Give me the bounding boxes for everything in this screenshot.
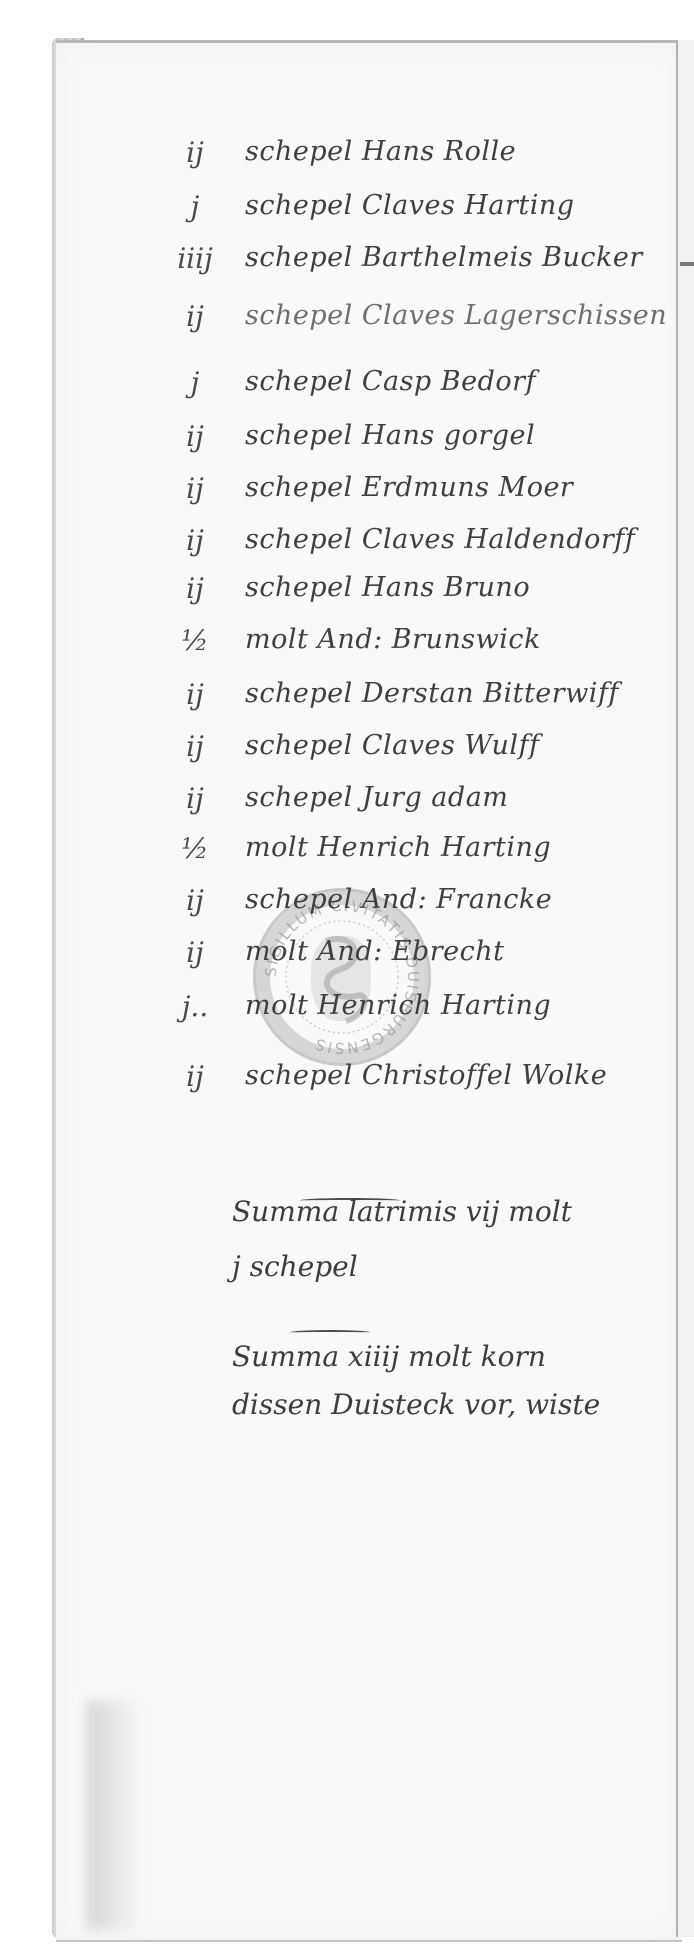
ledger-row: ½ molt And: Brunswick — [0, 624, 694, 674]
entry-text: schepel Claves Haldendorff — [245, 524, 635, 555]
entry-text: schepel Barthelmeis Bucker — [245, 242, 643, 273]
ledger-row: ij schepel Hans Bruno — [0, 572, 694, 622]
entry-count: ij — [170, 572, 220, 605]
entry-text: molt Henrich Harting — [245, 990, 551, 1021]
entry-text: schepel Casp Bedorf — [245, 366, 536, 397]
entry-text: schepel Claves Wulff — [245, 730, 540, 761]
summary-line: Summa latrimis vij molt — [232, 1195, 572, 1228]
entry-count: j — [170, 366, 220, 399]
ledger-row: j.. molt Henrich Harting — [0, 990, 694, 1040]
entry-count: ij — [170, 472, 220, 505]
ledger-row: iiij schepel Barthelmeis Bucker — [0, 242, 694, 292]
entry-text: schepel Derstan Bitterwiff — [245, 678, 619, 709]
paper-stain — [86, 1700, 146, 1930]
entry-text: schepel Christoffel Wolke — [245, 1060, 607, 1091]
entry-count: iiij — [170, 242, 220, 275]
entry-text: schepel Claves Harting — [245, 190, 575, 221]
entry-count: ij — [170, 136, 220, 169]
ledger-row: ij schepel Hans gorgel — [0, 420, 694, 470]
entry-text: schepel Jurg adam — [245, 782, 508, 813]
entry-text: schepel Hans Bruno — [245, 572, 530, 603]
summary-line: dissen Duisteck vor, wiste — [232, 1388, 600, 1421]
entry-count: ij — [170, 782, 220, 815]
entry-count: ij — [170, 300, 220, 333]
entry-count: ½ — [170, 832, 220, 865]
entry-count: ij — [170, 884, 220, 917]
ledger-row: ij schepel Hans Rolle — [0, 136, 694, 186]
ledger-row: ½ molt Henrich Harting — [0, 832, 694, 882]
ledger-row: ij schepel Christoffel Wolke — [0, 1060, 694, 1110]
entry-text: molt And: Ebrecht — [245, 936, 505, 967]
entry-count: ½ — [170, 624, 220, 657]
ledger-row: ij molt And: Ebrecht — [0, 936, 694, 986]
entry-count: ij — [170, 1060, 220, 1093]
entry-count: ij — [170, 420, 220, 453]
entry-text: molt Henrich Harting — [245, 832, 551, 863]
entry-count: ij — [170, 730, 220, 763]
entry-count: j — [170, 190, 220, 223]
ledger-row: j schepel Claves Harting — [0, 190, 694, 240]
ledger-row: ij schepel And: Francke — [0, 884, 694, 934]
entry-text: schepel Erdmuns Moer — [245, 472, 573, 503]
entry-count: ij — [170, 936, 220, 969]
ledger-row: j schepel Casp Bedorf — [0, 366, 694, 416]
entry-count: ij — [170, 524, 220, 557]
ledger-row: ij schepel Claves Lagerschissen — [0, 300, 694, 350]
ledger-row: ij schepel Derstan Bitterwiff — [0, 678, 694, 728]
ledger-row: ij schepel Claves Haldendorff — [0, 524, 694, 574]
entry-text: schepel Claves Lagerschissen — [245, 300, 667, 331]
abbreviation-stroke — [290, 1330, 370, 1335]
entry-count: j.. — [170, 990, 220, 1023]
entry-text: schepel And: Francke — [245, 884, 552, 915]
summary-line: j schepel — [232, 1250, 358, 1283]
entry-text: schepel Hans gorgel — [245, 420, 535, 451]
ledger-row: ij schepel Erdmuns Moer — [0, 472, 694, 522]
ledger-row: ij schepel Jurg adam — [0, 782, 694, 832]
entry-count: ij — [170, 678, 220, 711]
entry-text: molt And: Brunswick — [245, 624, 541, 655]
ledger-row: ij schepel Claves Wulff — [0, 730, 694, 780]
summary-line: Summa xiiij molt korn — [232, 1340, 546, 1373]
entry-text: schepel Hans Rolle — [245, 136, 516, 167]
